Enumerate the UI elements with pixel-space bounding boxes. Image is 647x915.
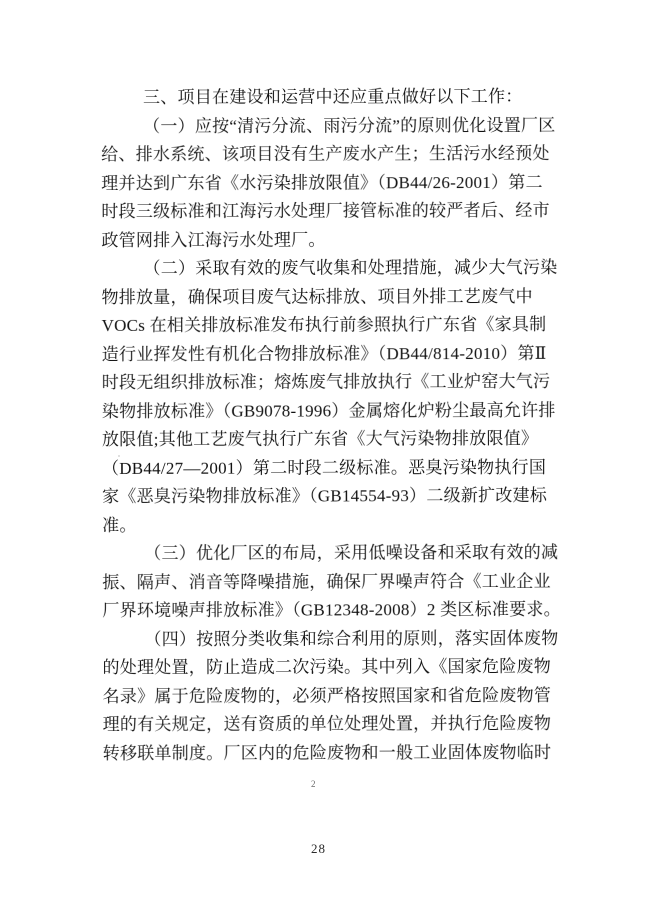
document-body: 三、项目在建设和运营中还应重点做好以下工作： （一）应按“清污分流、雨污分流”的… [101,83,555,768]
text-line: 理的有关规定，送有资质的单位处理处置，并执行危险废物 [103,710,555,740]
page-number: 28 [311,841,326,857]
text-line: 造行业挥发性有机化合物排放标准》（DB44/814-2010）第Ⅱ [102,339,554,369]
text-line: 家《恶臭污染物排放标准》（GB14554-93）二级新扩改建标 [102,482,554,512]
text-line: 政管网排入江海污水处理厂。 [101,225,553,255]
text-line: 放限值;其他工艺废气执行广东省《大气污染物排放限值》 [102,425,554,455]
text-line: 厂界环境噪声排放标准》（GB12348-2008）2 类区标准要求。 [102,596,554,626]
text-line: 时段三级标准和江海污水处理厂接管标准的较严者后、经市 [101,197,553,227]
text-line: VOCs 在相关排放标准发布执行前参照执行广东省《家具制 [102,311,554,341]
text-line: 的处理处置，防止造成二次污染。其中列入《国家危险废物 [102,653,554,683]
text-line: 时段无组织排放标准；熔炼废气排放执行《工业炉窑大气污 [102,368,554,398]
scan-speck [108,489,111,491]
footnote-number: 2 [311,779,316,789]
scan-speck [540,414,542,416]
text-line: 染物排放标准》（GB9078-1996）金属熔化炉粉尘最高允许排 [102,396,554,426]
text-line: （二）采取有效的废气收集和处理措施，减少大气污染 [101,254,553,284]
text-line: 三、项目在建设和运营中还应重点做好以下工作： [101,83,553,113]
scan-speck [118,455,120,457]
text-line: （三）优化厂区的布局，采用低噪设备和采取有效的减 [102,539,554,569]
text-line: 名录》属于危险废物的，必须严格按照国家和省危险废物管 [103,681,555,711]
text-line: （一）应按“清污分流、雨污分流”的原则优化设置厂区 [101,111,553,141]
text-line: 物排放量，确保项目废气达标排放、项目外排工艺废气中 [102,282,554,312]
text-line: 准。 [102,510,554,540]
text-line: （四）按照分类收集和综合利用的原则，落实固体废物 [102,624,554,654]
text-line: 转移联单制度。厂区内的危险废物和一般工业固体废物临时 [103,738,555,768]
text-line: 给、排水系统、该项目没有生产废水产生；生活污水经预处 [101,140,553,170]
text-line: 理并达到广东省《水污染排放限值》（DB44/26-2001）第二 [101,168,553,198]
text-line: （DB44/27—2001）第二时段二级标准。恶臭污染物执行国 [102,453,554,483]
scanned-document-page: 三、项目在建设和运营中还应重点做好以下工作： （一）应按“清污分流、雨污分流”的… [0,0,647,915]
text-line: 振、隔声、消音等降噪措施，确保厂界噪声符合《工业企业 [102,567,554,597]
